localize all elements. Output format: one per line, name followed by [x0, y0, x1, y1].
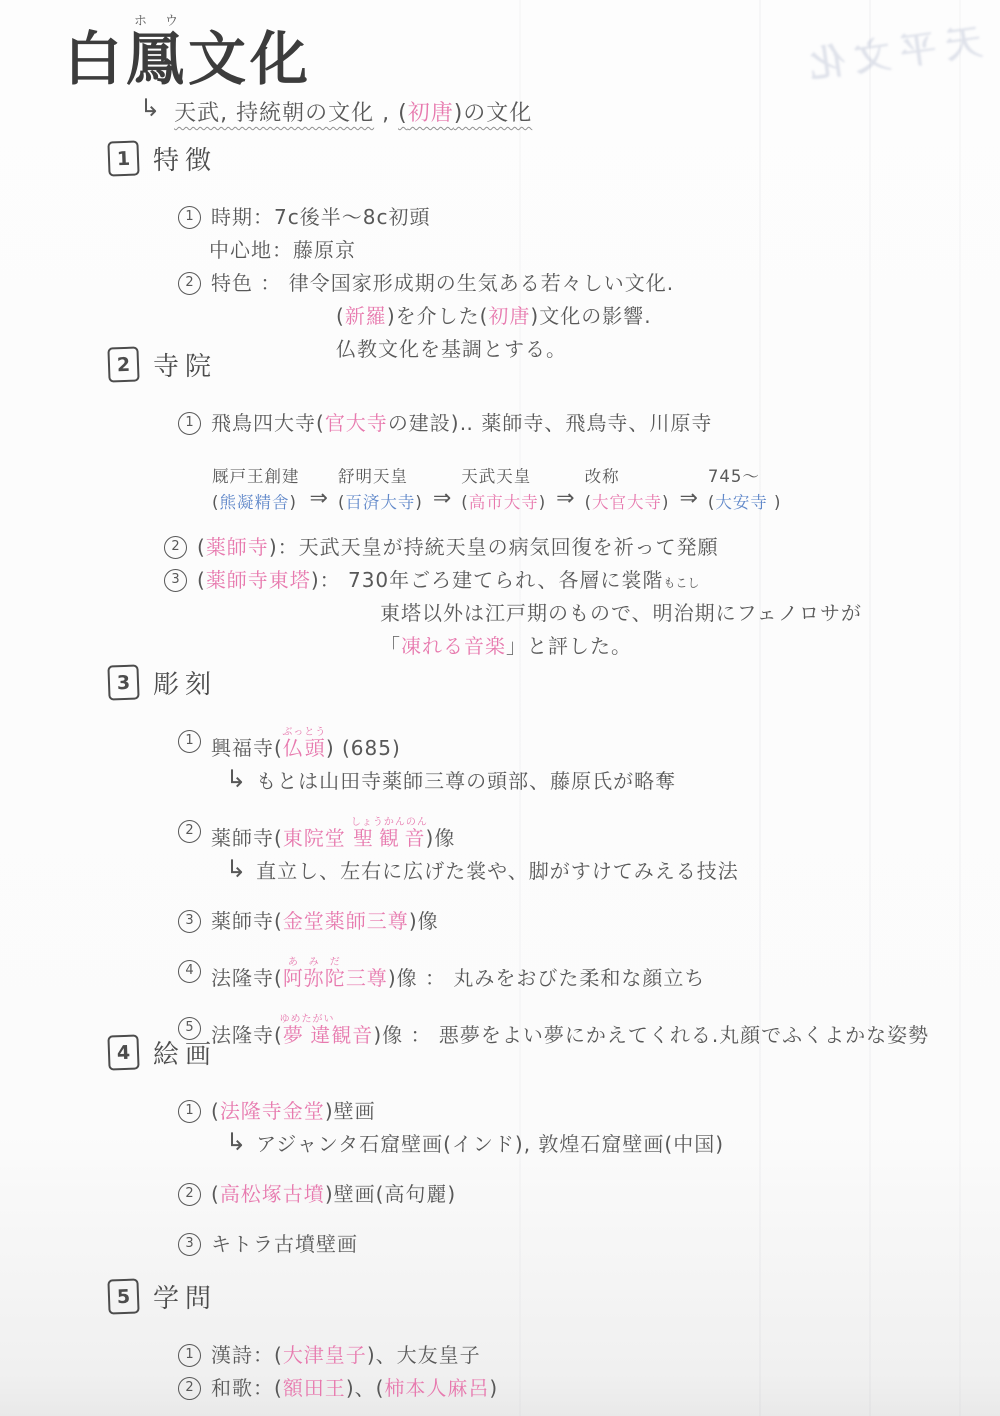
flow-node-label: 改称	[585, 463, 670, 487]
circled-number: 2	[178, 1183, 201, 1206]
section-heading: 4 絵画	[108, 1034, 968, 1071]
line-text: (薬師寺東塔)： 730年ごろ建てられ、各層に裳階もこし	[197, 566, 699, 594]
flow-node-name: (大官大寺)	[585, 489, 670, 513]
section-scholarship: 5 学問 1 漢詩：(大津皇子)、大友皇子 2 和歌：(額田王)、(柿本人麻呂)	[108, 1278, 968, 1407]
line-text: 法隆寺(阿弥陀あみだ三尊)像 ： 丸みをおびた柔和な顔立ち	[211, 957, 705, 992]
flow-node-name: (高市大寺)	[461, 489, 546, 513]
subtitle-text: 天武, 持統朝の文化 , (初唐)の文化	[174, 96, 532, 127]
flow-node: 745〜 (大安寺 )	[708, 463, 782, 513]
section-heading: 2 寺院	[108, 346, 968, 383]
line-text: 薬師寺(金堂薬師三尊)像	[211, 907, 439, 935]
section-heading: 5 学問	[108, 1278, 968, 1315]
line-text: 薬師寺(東院堂 聖観音しょうかんのん)像	[211, 817, 455, 852]
branch-arrow-icon: ↳	[226, 1130, 246, 1154]
flow-node-label: 厩戸王創建	[212, 463, 300, 487]
note-line: 1 時期：7c後半〜8c初頭	[178, 203, 968, 231]
circled-number: 2	[178, 820, 201, 843]
note-line: 「凍れる音楽」と評した。	[380, 632, 968, 660]
line-text: 時期：7c後半〜8c初頭	[211, 203, 430, 231]
note-line: 東塔以外は江戸期のもので、明治期にフェノロサが	[380, 599, 968, 627]
line-text: 和歌：(額田王)、(柿本人麻呂)	[211, 1374, 498, 1402]
circled-number: 1	[178, 412, 201, 435]
subtitle: ↳ 天武, 持統朝の文化 , (初唐)の文化	[140, 96, 532, 127]
line-text: もとは山田寺薬師三尊の頭部、藤原氏が略奪	[256, 767, 676, 795]
note-line: 2 (高松塚古墳)壁画(高句麗)	[178, 1180, 968, 1208]
line-text: 「凍れる音楽」と評した。	[380, 632, 632, 660]
double-arrow-icon: ⇒	[679, 486, 697, 513]
double-arrow-icon: ⇒	[310, 486, 328, 513]
line-text: (法隆寺金堂)壁画	[211, 1097, 376, 1125]
circled-number: 3	[178, 1233, 201, 1256]
line-text: (新羅)を介した(初唐)文化の影響.	[336, 302, 652, 330]
flow-node-name: (熊凝精舎)	[212, 489, 300, 513]
notebook-page: 天平文化 白鳳ホウ文化 ↳ 天武, 持統朝の文化 , (初唐)の文化 1 特徴 …	[0, 0, 1000, 1416]
note-line: 3 キトラ古墳壁画	[178, 1230, 968, 1258]
section-title: 特徴	[153, 140, 217, 177]
flow-node-name: (大安寺 )	[708, 489, 782, 513]
line-text: (高松塚古墳)壁画(高句麗)	[211, 1180, 456, 1208]
section-title: 寺院	[153, 346, 217, 383]
section-body: 1 漢詩：(大津皇子)、大友皇子 2 和歌：(額田王)、(柿本人麻呂)	[178, 1341, 968, 1402]
circled-number: 1	[178, 1100, 201, 1123]
section-number: 2	[107, 346, 139, 382]
note-line: 中心地：藤原京	[209, 236, 968, 264]
circled-number: 1	[178, 1344, 201, 1367]
bleed-through-text: 天平文化	[795, 13, 984, 89]
note-line: 1 興福寺(仏頭ぶっとう) (685)	[178, 727, 968, 762]
section-body: 1 時期：7c後半〜8c初頭 中心地：藤原京 2 特色 ： 律令国家形成期の生気…	[178, 203, 968, 363]
line-text: 中心地：藤原京	[209, 236, 356, 264]
section-body: 1 興福寺(仏頭ぶっとう) (685) ↳ もとは山田寺薬師三尊の頭部、藤原氏が…	[178, 727, 968, 1049]
flow-node: 改称 (大官大寺)	[585, 463, 670, 513]
note-line: 2 特色 ： 律令国家形成期の生気ある若々しい文化.	[178, 269, 968, 297]
circled-number: 2	[178, 1377, 201, 1400]
page-title: 白鳳ホウ文化	[64, 14, 312, 96]
note-line: 2 和歌：(額田王)、(柿本人麻呂)	[178, 1374, 968, 1402]
note-line: (新羅)を介した(初唐)文化の影響.	[336, 302, 968, 330]
line-text: 特色 ： 律令国家形成期の生気ある若々しい文化.	[211, 269, 674, 297]
double-arrow-icon: ⇒	[556, 486, 574, 513]
note-line: ↳ 直立し、左右に広げた裳や、脚がすけてみえる技法	[226, 857, 968, 885]
branch-arrow-icon: ↳	[140, 96, 160, 120]
line-text: 東塔以外は江戸期のもので、明治期にフェノロサが	[380, 599, 862, 627]
note-line: 1 漢詩：(大津皇子)、大友皇子	[178, 1341, 968, 1369]
section-number: 1	[107, 140, 139, 176]
section-heading: 3 彫刻	[108, 664, 968, 701]
branch-arrow-icon: ↳	[226, 857, 246, 881]
branch-arrow-icon: ↳	[226, 767, 246, 791]
note-line: 2 (薬師寺)：天武天皇が持統天皇の病気回復を祈って発願	[164, 533, 968, 561]
circled-number: 2	[178, 272, 201, 295]
flow-node-label: 舒明天皇	[338, 463, 423, 487]
line-text: 興福寺(仏頭ぶっとう) (685)	[211, 727, 401, 762]
flow-node-label: 天武天皇	[461, 463, 546, 487]
section-body: 1 (法隆寺金堂)壁画 ↳ アジャンタ石窟壁画(インド), 敦煌石窟壁画(中国)…	[178, 1097, 968, 1258]
temple-lineage-flow: 厩戸王創建 (熊凝精舎) ⇒ 舒明天皇 (百済大寺) ⇒ 天武天皇 (高市大寺)…	[212, 463, 968, 513]
section-number: 3	[107, 664, 139, 700]
circled-number: 2	[164, 536, 187, 559]
page-header: 白鳳ホウ文化	[64, 14, 312, 96]
flow-node: 厩戸王創建 (熊凝精舎)	[212, 463, 300, 513]
note-line: 3 薬師寺(金堂薬師三尊)像	[178, 907, 968, 935]
section-temples: 2 寺院 1 飛鳥四大寺(官大寺の建設)‥ 薬師寺、飛鳥寺、川原寺 厩戸王創建 …	[108, 346, 968, 665]
circled-number: 3	[178, 910, 201, 933]
note-line: 2 薬師寺(東院堂 聖観音しょうかんのん)像	[178, 817, 968, 852]
line-text: アジャンタ石窟壁画(インド), 敦煌石窟壁画(中国)	[256, 1130, 724, 1158]
section-painting: 4 絵画 1 (法隆寺金堂)壁画 ↳ アジャンタ石窟壁画(インド), 敦煌石窟壁…	[108, 1034, 968, 1263]
section-title: 学問	[153, 1278, 217, 1315]
section-number: 5	[107, 1278, 139, 1314]
section-title: 絵画	[153, 1034, 217, 1071]
section-features: 1 特徴 1 時期：7c後半〜8c初頭 中心地：藤原京 2 特色 ： 律令国家形…	[108, 140, 968, 368]
note-line: ↳ アジャンタ石窟壁画(インド), 敦煌石窟壁画(中国)	[226, 1130, 968, 1158]
flow-node: 天武天皇 (高市大寺)	[461, 463, 546, 513]
section-body: 1 飛鳥四大寺(官大寺の建設)‥ 薬師寺、飛鳥寺、川原寺 厩戸王創建 (熊凝精舎…	[178, 409, 968, 660]
line-text: (薬師寺)：天武天皇が持統天皇の病気回復を祈って発願	[197, 533, 719, 561]
flow-node: 舒明天皇 (百済大寺)	[338, 463, 423, 513]
section-number: 4	[107, 1034, 139, 1070]
note-line: ↳ もとは山田寺薬師三尊の頭部、藤原氏が略奪	[226, 767, 968, 795]
flow-node-name: (百済大寺)	[338, 489, 423, 513]
note-line: 4 法隆寺(阿弥陀あみだ三尊)像 ： 丸みをおびた柔和な顔立ち	[178, 957, 968, 992]
section-sculpture: 3 彫刻 1 興福寺(仏頭ぶっとう) (685) ↳ もとは山田寺薬師三尊の頭部…	[108, 664, 968, 1054]
note-line: 3 (薬師寺東塔)： 730年ごろ建てられ、各層に裳階もこし	[164, 566, 968, 594]
circled-number: 1	[178, 730, 201, 753]
note-line: 1 (法隆寺金堂)壁画	[178, 1097, 968, 1125]
section-heading: 1 特徴	[108, 140, 968, 177]
line-text: 漢詩：(大津皇子)、大友皇子	[211, 1341, 481, 1369]
section-title: 彫刻	[153, 664, 217, 701]
circled-number: 4	[178, 960, 201, 983]
circled-number: 1	[178, 206, 201, 229]
line-text: 直立し、左右に広げた裳や、脚がすけてみえる技法	[256, 857, 739, 885]
flow-node-label: 745〜	[708, 463, 782, 487]
line-text: キトラ古墳壁画	[211, 1230, 358, 1258]
line-text: 飛鳥四大寺(官大寺の建設)‥ 薬師寺、飛鳥寺、川原寺	[211, 409, 712, 437]
note-line: 1 飛鳥四大寺(官大寺の建設)‥ 薬師寺、飛鳥寺、川原寺	[178, 409, 968, 437]
circled-number: 3	[164, 569, 187, 592]
double-arrow-icon: ⇒	[433, 486, 451, 513]
